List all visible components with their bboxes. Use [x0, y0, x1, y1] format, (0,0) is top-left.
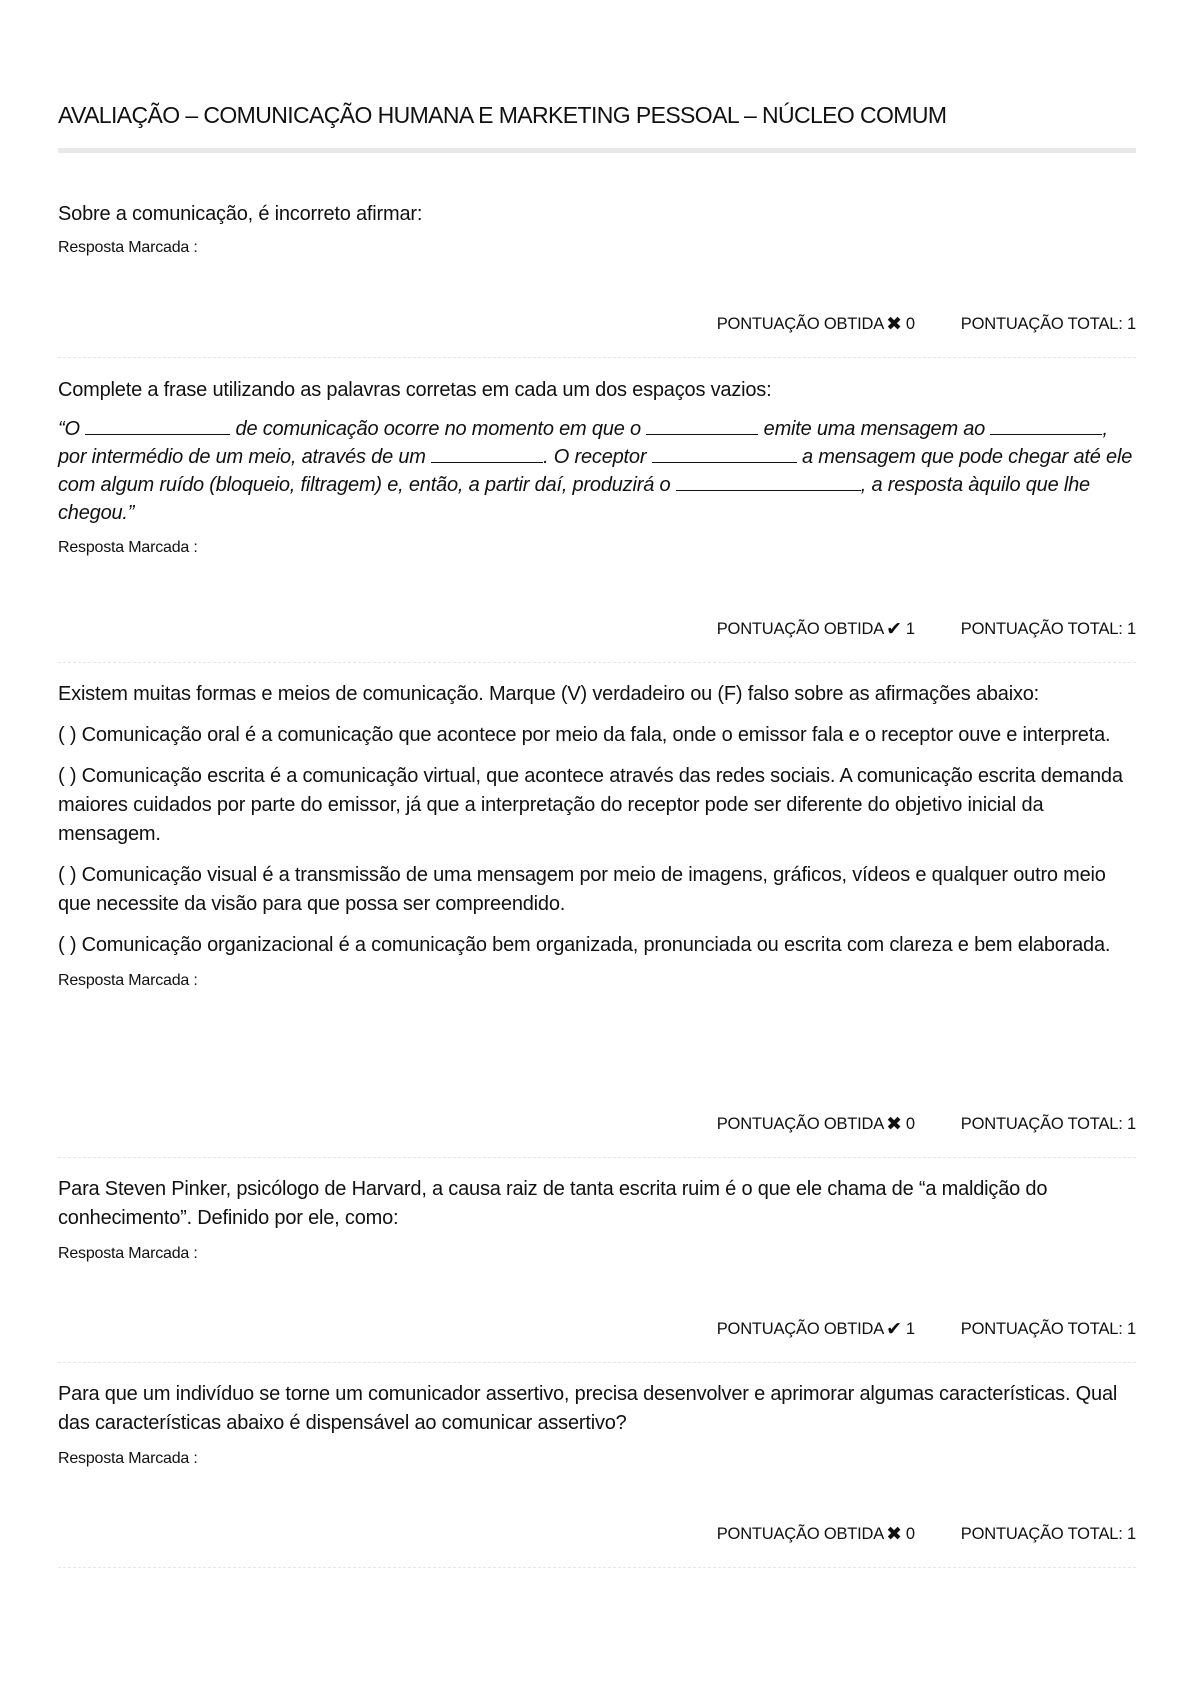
score-obtained-value: 1 — [906, 1320, 915, 1339]
score-row-5: PONTUAÇÃO OBTIDA ✖ 0 PONTUAÇÃO TOTAL: 1 — [58, 1522, 1136, 1546]
question-divider — [58, 1362, 1136, 1363]
blank-field — [85, 417, 230, 435]
score-row-4: PONTUAÇÃO OBTIDA ✔ 1 PONTUAÇÃO TOTAL: 1 — [58, 1317, 1136, 1341]
score-obtained-label: PONTUAÇÃO OBTIDA — [717, 1320, 884, 1339]
score-obtained-label: PONTUAÇÃO OBTIDA — [717, 1525, 884, 1544]
score-obtained: PONTUAÇÃO OBTIDA ✖ 0 — [717, 1525, 915, 1544]
answer-marked-label: Resposta Marcada : — [58, 539, 1136, 557]
page-title: AVALIAÇÃO – COMUNICAÇÃO HUMANA E MARKETI… — [58, 102, 1136, 129]
score-obtained-value: 0 — [906, 1115, 915, 1134]
score-obtained: PONTUAÇÃO OBTIDA ✖ 0 — [717, 315, 915, 334]
score-obtained-label: PONTUAÇÃO OBTIDA — [717, 1115, 884, 1134]
score-obtained-value: 0 — [906, 315, 915, 334]
question-4: Para Steven Pinker, psicólogo de Harvard… — [58, 1175, 1136, 1263]
check-icon: ✔ — [886, 1320, 902, 1339]
statement-item: ( ) Comunicação organizacional é a comun… — [58, 931, 1136, 960]
statement-item: ( ) Comunicação escrita é a comunicação … — [58, 762, 1136, 849]
blank-field — [990, 417, 1102, 435]
cross-icon: ✖ — [886, 315, 902, 334]
score-total: PONTUAÇÃO TOTAL: 1 — [961, 1525, 1136, 1544]
score-obtained: PONTUAÇÃO OBTIDA ✔ 1 — [717, 1320, 915, 1339]
question-1: Sobre a comunicação, é incorreto afirmar… — [58, 200, 1136, 257]
answer-marked-label: Resposta Marcada : — [58, 239, 1136, 257]
title-underline — [58, 148, 1136, 153]
question-divider — [58, 662, 1136, 663]
question-text: Complete a frase utilizando as palavras … — [58, 376, 1136, 405]
score-row-3: PONTUAÇÃO OBTIDA ✖ 0 PONTUAÇÃO TOTAL: 1 — [58, 1112, 1136, 1136]
question-divider — [58, 1567, 1136, 1568]
question-5: Para que um indivíduo se torne um comuni… — [58, 1380, 1136, 1468]
question-text: Para que um indivíduo se torne um comuni… — [58, 1380, 1136, 1438]
score-obtained-value: 0 — [906, 1525, 915, 1544]
score-row-1: PONTUAÇÃO OBTIDA ✖ 0 PONTUAÇÃO TOTAL: 1 — [58, 312, 1136, 336]
cross-icon: ✖ — [886, 1115, 902, 1134]
blank-field — [646, 417, 758, 435]
question-divider — [58, 1157, 1136, 1158]
fill-in-part: “O — [58, 418, 80, 440]
score-obtained: PONTUAÇÃO OBTIDA ✔ 1 — [717, 620, 915, 639]
answer-marked-label: Resposta Marcada : — [58, 972, 1136, 990]
fill-in-sentence: “O de comunicação ocorre no momento em q… — [58, 415, 1136, 527]
answer-marked-label: Resposta Marcada : — [58, 1450, 1136, 1468]
blank-field — [431, 445, 543, 463]
score-obtained-value: 1 — [906, 620, 915, 639]
question-text: Existem muitas formas e meios de comunic… — [58, 680, 1136, 709]
answer-marked-label: Resposta Marcada : — [58, 1245, 1136, 1263]
score-obtained: PONTUAÇÃO OBTIDA ✖ 0 — [717, 1115, 915, 1134]
question-divider — [58, 357, 1136, 358]
cross-icon: ✖ — [886, 1525, 902, 1544]
blank-field — [676, 473, 861, 491]
fill-in-part: . O receptor — [543, 446, 646, 468]
fill-in-part: emite uma mensagem ao — [764, 418, 985, 440]
blank-field — [652, 445, 797, 463]
question-text: Sobre a comunicação, é incorreto afirmar… — [58, 200, 1136, 229]
score-total: PONTUAÇÃO TOTAL: 1 — [961, 1115, 1136, 1134]
question-3: Existem muitas formas e meios de comunic… — [58, 680, 1136, 990]
score-total: PONTUAÇÃO TOTAL: 1 — [961, 620, 1136, 639]
score-obtained-label: PONTUAÇÃO OBTIDA — [717, 315, 884, 334]
statement-item: ( ) Comunicação oral é a comunicação que… — [58, 721, 1136, 750]
fill-in-part: de comunicação ocorre no momento em que … — [236, 418, 641, 440]
score-row-2: PONTUAÇÃO OBTIDA ✔ 1 PONTUAÇÃO TOTAL: 1 — [58, 617, 1136, 641]
score-obtained-label: PONTUAÇÃO OBTIDA — [717, 620, 884, 639]
question-2: Complete a frase utilizando as palavras … — [58, 376, 1136, 557]
statement-item: ( ) Comunicação visual é a transmissão d… — [58, 861, 1136, 919]
score-total: PONTUAÇÃO TOTAL: 1 — [961, 315, 1136, 334]
score-total: PONTUAÇÃO TOTAL: 1 — [961, 1320, 1136, 1339]
question-text: Para Steven Pinker, psicólogo de Harvard… — [58, 1175, 1136, 1233]
check-icon: ✔ — [886, 620, 902, 639]
